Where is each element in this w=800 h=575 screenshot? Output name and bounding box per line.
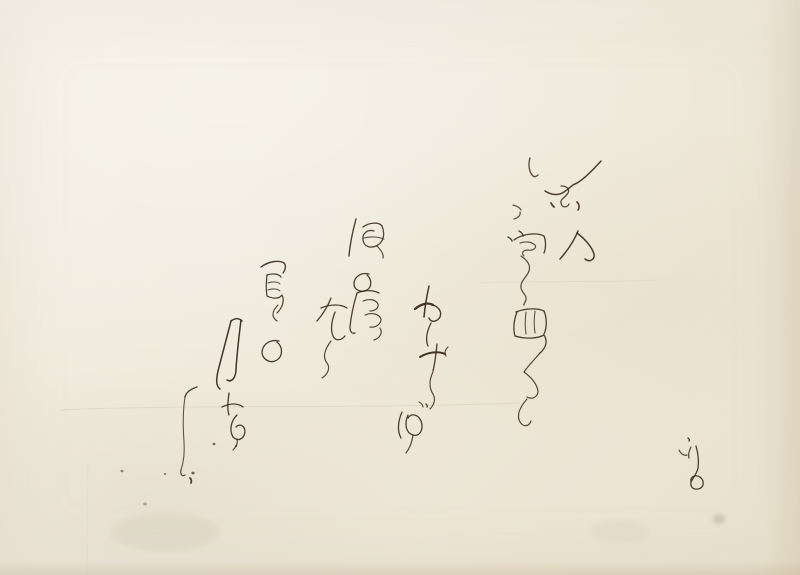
col5-glyph3-no — [262, 341, 282, 362]
signature-tick2 — [689, 447, 691, 458]
col2-glyph3-inner2 — [534, 311, 535, 333]
signature-loop — [691, 476, 703, 489]
col3-glyph4-yu-tail — [406, 435, 413, 453]
col3-glyph1-cross — [415, 304, 433, 309]
col5-glyph2-top — [267, 274, 281, 277]
col6-glyph1-left — [217, 321, 231, 389]
col6-glyph3-head — [185, 387, 197, 397]
col1-glyph2-leftleg — [560, 231, 578, 259]
col3-glyph2-cross — [420, 352, 445, 357]
col4-glyph1-left — [349, 219, 356, 256]
col3-glyph2-zigzag — [427, 323, 431, 346]
smudge-stain — [713, 514, 725, 524]
col6-glyph3-hook — [181, 470, 185, 476]
paper-crease-upper — [480, 280, 660, 283]
signature-dot — [688, 438, 689, 441]
col3-glyph3-stail — [430, 372, 434, 409]
col5-glyph2-inner2 — [268, 289, 280, 291]
col6-glyph3-body — [181, 397, 185, 470]
col4-glyph1-horiz — [364, 237, 384, 239]
col4-glyph1-top — [363, 223, 382, 227]
col2-glyph1-tick2 — [514, 212, 520, 219]
col2-glyph2-dot1 — [508, 237, 512, 241]
stains-and-specks — [110, 443, 725, 552]
col4-glyph3-inner2 — [365, 314, 381, 328]
col2-glyph3-inner1 — [525, 312, 526, 334]
col2-glyph3-bottom — [515, 335, 546, 353]
ink-speck — [213, 443, 216, 445]
col5-glyph2-inner1 — [268, 282, 280, 284]
col2-glyph3-left — [514, 312, 517, 336]
col1-glyph1-sweep — [545, 161, 601, 195]
col3-glyph4-mark — [419, 402, 423, 407]
col1-glyph1-dot2 — [577, 202, 579, 210]
signature-tick1 — [679, 450, 687, 455]
col2-glyph3-topright — [516, 309, 546, 334]
paper-crease-horizontal — [60, 403, 520, 410]
col2-glyph4-ri — [524, 372, 538, 398]
col6-glyph3-dot — [190, 478, 191, 483]
col4-glyph3-inner1 — [363, 300, 378, 311]
col4-glyph4-horiz — [321, 305, 347, 308]
col1-glyph2-rightleg — [577, 233, 594, 261]
col3-glyph2-vert — [433, 344, 437, 371]
ink-speck — [143, 503, 147, 506]
col3-glyph1-vert — [424, 286, 429, 317]
col6-glyph2-loop — [231, 415, 245, 439]
ink-speck — [191, 472, 194, 475]
col2-glyph4-ku — [524, 353, 540, 372]
col5-glyph1-top — [261, 261, 285, 273]
col3-glyph1-hook — [429, 305, 441, 321]
ink-speck — [121, 470, 124, 473]
faint-stain — [110, 512, 220, 552]
col4-glyph3-left — [350, 293, 357, 333]
col2-glyph2-tail — [521, 256, 530, 305]
col1-glyph1-tick — [529, 158, 538, 177]
col2-glyph1-tick1 — [513, 205, 521, 210]
col2-glyph2-inner — [520, 242, 536, 256]
col4-glyph3-tail — [374, 328, 381, 340]
manuscript-photo — [0, 0, 800, 575]
col4-glyph4-hook — [332, 312, 345, 340]
ink-speck — [164, 473, 167, 475]
col4-glyph5-wave — [322, 341, 331, 378]
ink-strokes — [181, 158, 703, 489]
col3-glyph4-yu-left — [398, 412, 402, 438]
col4-glyph1-hook — [377, 246, 383, 258]
col6-glyph2-tail — [233, 439, 237, 450]
col3-glyph2-tick — [445, 347, 448, 356]
faint-stain — [590, 520, 650, 544]
col3-glyph4-yu-loop — [406, 415, 422, 435]
calligraphy-ink-layer — [0, 0, 800, 575]
signature-scurve — [692, 446, 698, 480]
col4-glyph2-no — [354, 274, 371, 292]
col5-glyph2-left — [266, 275, 267, 296]
col4-glyph4-diag — [317, 298, 331, 321]
col5-glyph2-sweep — [267, 295, 283, 313]
paper-crease-vertical — [87, 462, 88, 575]
col1-glyph1-curl — [561, 186, 569, 207]
col1-glyph1-dot1 — [551, 203, 554, 207]
